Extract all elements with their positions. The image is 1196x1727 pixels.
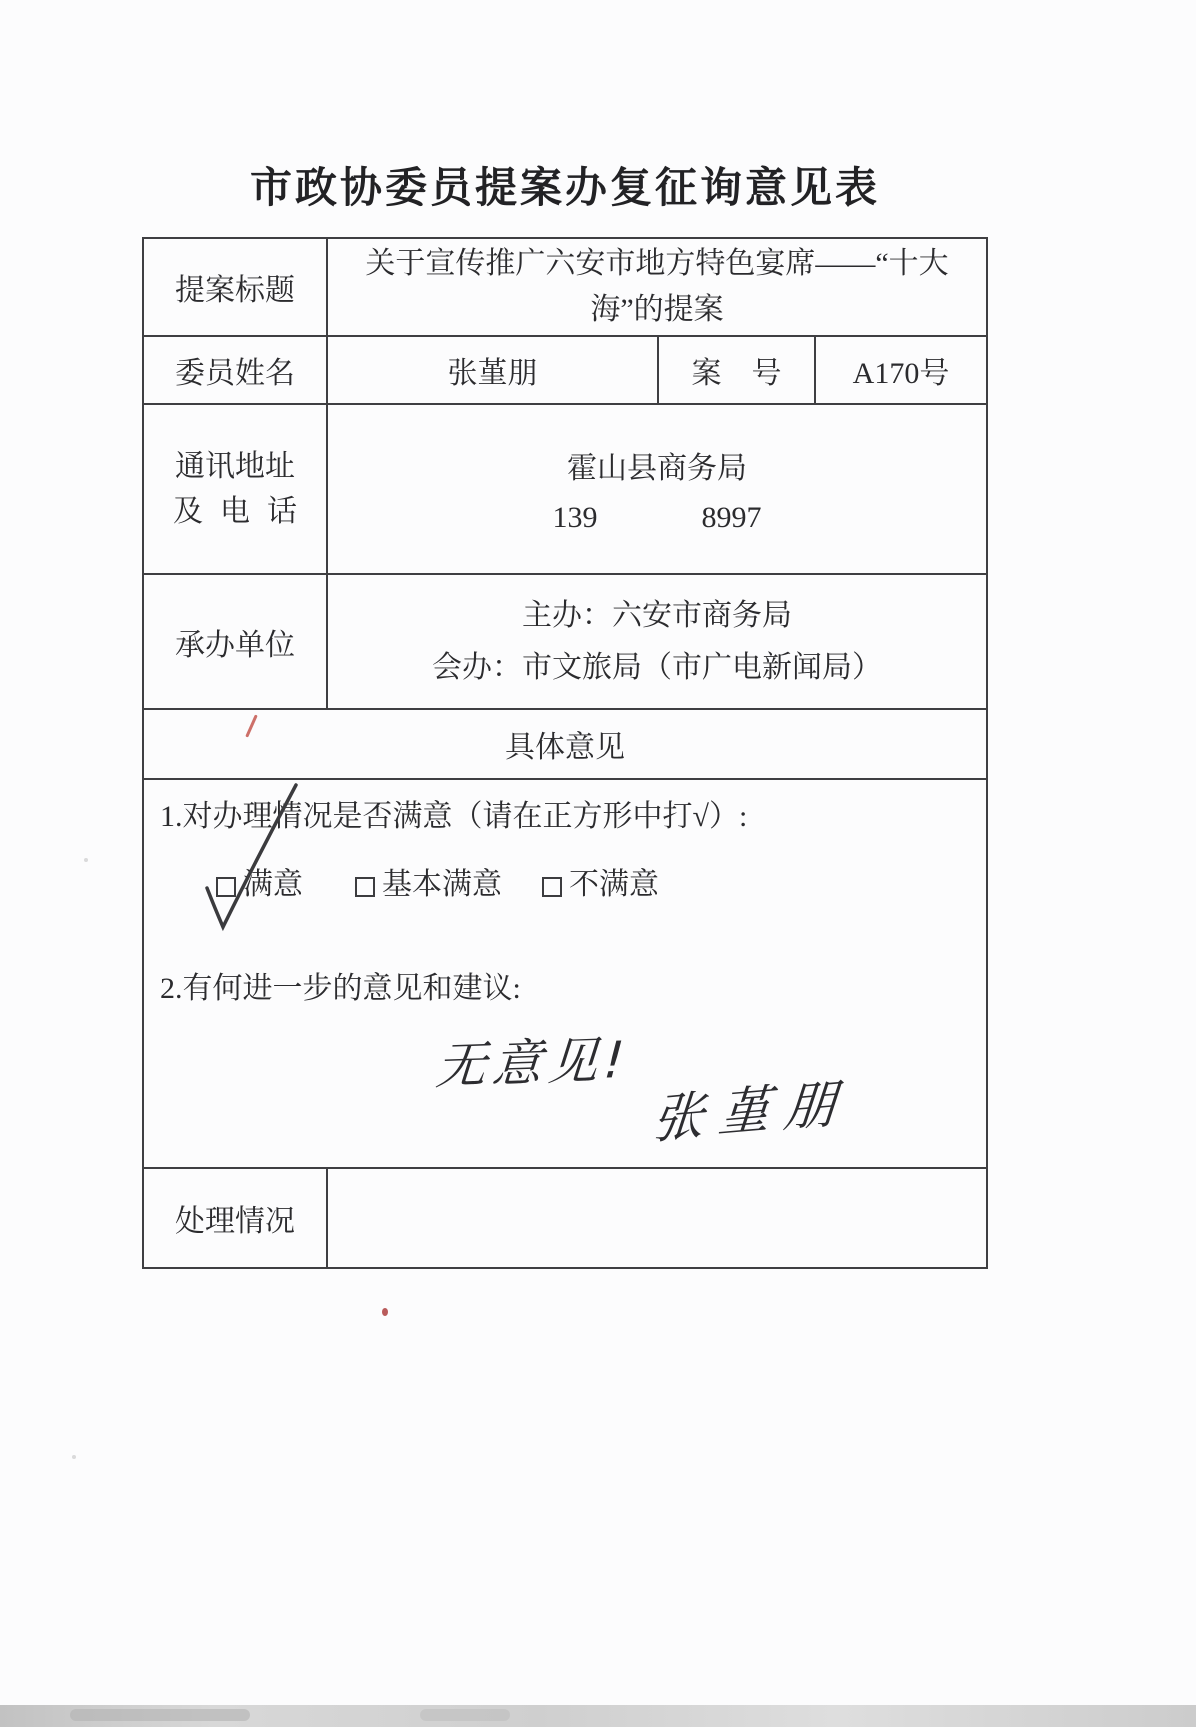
- organizer-label: 承办单位: [144, 575, 328, 708]
- processing-value-cell: [328, 1169, 986, 1267]
- opinion-content-row: 1.对办理情况是否满意（请在正方形中打√）: 满意 基本满意 不满意: [144, 780, 986, 1169]
- member-row: 委员姓名 张堇朋 案 号 A170号: [144, 337, 986, 405]
- checkbox-not-satisfied: 不满意: [542, 864, 659, 906]
- scan-smudge: [70, 1709, 250, 1721]
- case-number-value: A170号: [816, 337, 986, 403]
- page-title: 市政协委员提案办复征询意见表: [142, 155, 988, 215]
- contact-label-line2: 及电话: [173, 489, 297, 534]
- organizer-values: 主办：六安市商务局 会办：市文旅局（市广电新闻局）: [432, 595, 882, 689]
- scanned-form-page: 市政协委员提案办复征询意见表 提案标题 关于宣传推广六安市地方特色宴席——“十大…: [0, 0, 1196, 1727]
- contact-label-line1: 通讯地址: [175, 444, 295, 489]
- question-1-text: 1.对办理情况是否满意（请在正方形中打√）:: [160, 796, 974, 838]
- scan-bottom-artifact: [0, 1705, 1196, 1727]
- handwritten-signature: 张堇朋: [649, 1067, 853, 1158]
- member-name-label: 委员姓名: [144, 337, 328, 403]
- checkbox-basically-satisfied-label: 基本满意: [382, 864, 502, 906]
- checkbox-not-satisfied-label: 不满意: [569, 864, 659, 906]
- scan-speck: [84, 858, 88, 862]
- checkbox-basically-satisfied-icon: [355, 877, 375, 897]
- checkbox-not-satisfied-icon: [542, 877, 562, 897]
- opinion-header-row: 具体意见: [144, 710, 986, 780]
- proposal-title-value: 关于宣传推广六安市地方特色宴席——“十大海”的提案: [328, 239, 986, 335]
- scan-speck: [72, 1455, 76, 1459]
- checkbox-basically-satisfied: 基本满意: [355, 864, 502, 906]
- scan-smudge: [420, 1709, 510, 1721]
- checkbox-satisfied-label: 满意: [243, 864, 303, 906]
- organizer-row: 承办单位 主办：六安市商务局 会办：市文旅局（市广电新闻局）: [144, 575, 986, 710]
- handwritten-comment: 无意见!: [434, 1025, 633, 1102]
- proposal-label-cell: 提案标题: [144, 239, 328, 335]
- checkbox-satisfied-icon: [216, 877, 236, 897]
- question-2-text: 2.有何进一步的意见和建议:: [160, 968, 974, 1010]
- checkbox-satisfied: 满意: [216, 864, 303, 906]
- satisfaction-options: 满意 基本满意 不满意: [216, 864, 974, 906]
- organizer-co-value: 会办：市文旅局（市广电新闻局）: [432, 647, 882, 689]
- opinion-content-cell: 1.对办理情况是否满意（请在正方形中打√）: 满意 基本满意 不满意: [144, 780, 986, 1167]
- processing-row: 处理情况: [144, 1169, 986, 1267]
- contact-phone-value: 139 8997: [553, 501, 762, 535]
- contact-label: 通讯地址 及电话: [173, 444, 297, 534]
- red-ink-dot: [382, 1308, 388, 1316]
- case-number-label: 案 号: [659, 337, 816, 403]
- organizer-host-value: 主办：六安市商务局: [522, 595, 792, 637]
- proposal-title-row: 提案标题 关于宣传推广六安市地方特色宴席——“十大海”的提案: [144, 239, 986, 337]
- processing-label-cell: 处理情况: [144, 1169, 328, 1267]
- opinion-header: 具体意见: [144, 710, 986, 778]
- member-name-value: 张堇朋: [328, 337, 659, 403]
- phone-prefix: 139: [553, 501, 598, 535]
- contact-row: 通讯地址 及电话 霍山县商务局 139 8997: [144, 405, 986, 575]
- phone-suffix: 8997: [702, 501, 762, 535]
- form-table: 提案标题 关于宣传推广六安市地方特色宴席——“十大海”的提案 委员姓名 张堇朋 …: [142, 237, 988, 1269]
- contact-address-value: 霍山县商务局: [567, 443, 747, 487]
